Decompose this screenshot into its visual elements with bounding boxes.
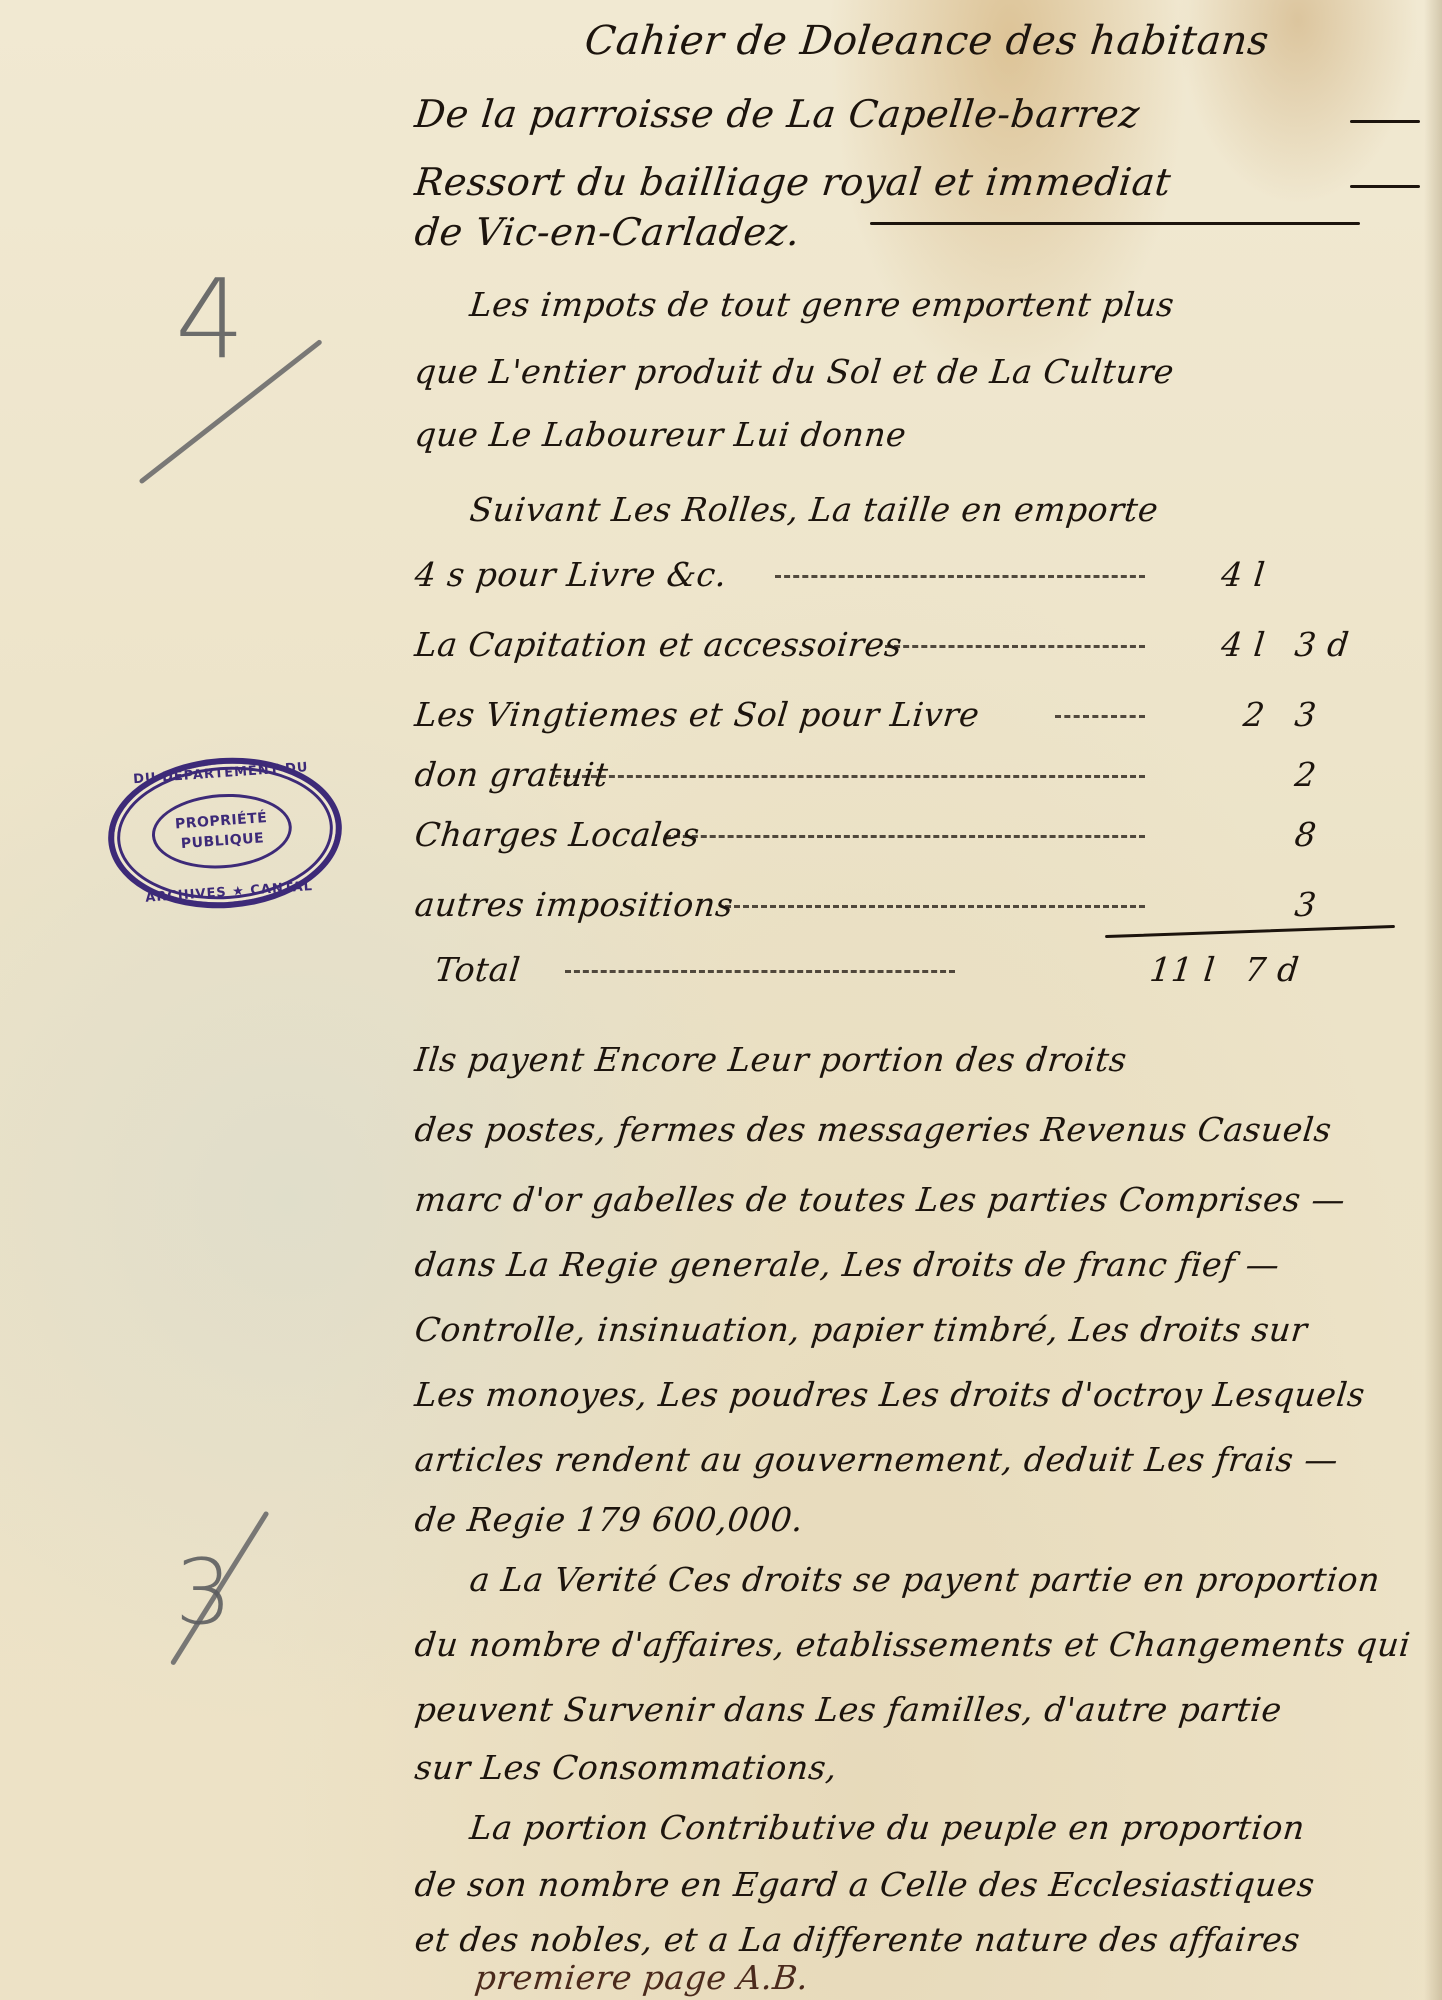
body-p2-line-2: du nombre d'affaires, etablissements et … <box>413 1625 1412 1664</box>
body-p3-line-1: La portion Contributive du peuple en pro… <box>468 1808 1307 1847</box>
margin-number-4: 4 <box>175 255 245 383</box>
body-p2-line-3: peuvent Survenir dans Les familles, d'au… <box>413 1690 1284 1729</box>
tax-row: 4 s pour Livre &c. 4 l <box>415 555 1375 601</box>
tax-label: autres impositions <box>413 885 735 924</box>
tax-livres: 4 l <box>1203 555 1267 594</box>
header-rule-1 <box>1350 120 1420 123</box>
body-p2-line-4: sur Les Consommations, <box>413 1748 839 1787</box>
tax-total-row: Total 11 l 7 d <box>415 950 1375 996</box>
tax-row: La Capitation et accessoires 4 l 3 d <box>415 625 1375 671</box>
total-label: Total <box>433 950 522 989</box>
tax-livres: 4 l <box>1203 625 1267 664</box>
tax-deniers: 2 <box>1293 755 1357 794</box>
body-p1-line-3: marc d'or gabelles de toutes Les parties… <box>413 1180 1347 1219</box>
archives-stamp: DU DÉPARTEMENT DU PROPRIÉTÉ PUBLIQUE ARC… <box>103 750 347 916</box>
body-p1-line-8: de Regie 179 600,000. <box>413 1500 805 1539</box>
tax-row: don gratuit 2 <box>415 755 1375 801</box>
leader-dots <box>1055 715 1145 718</box>
tax-label: La Capitation et accessoires <box>413 625 904 664</box>
body-p2-line-1: a La Verité Ces droits se payent partie … <box>468 1560 1382 1599</box>
intro-line-1: Les impots de tout genre emportent plus <box>468 285 1176 324</box>
body-p1-line-1: Ils payent Encore Leur portion des droit… <box>413 1040 1129 1079</box>
intro-line-2: que L'entier produit du Sol et de La Cul… <box>413 352 1176 391</box>
header-line-1: Cahier de Doleance des habitans <box>583 18 1272 64</box>
tax-deniers: 3 d <box>1293 625 1357 664</box>
tax-label: 4 s pour Livre &c. <box>413 555 729 594</box>
total-deniers: 7 d <box>1243 950 1347 989</box>
page-edge-shadow <box>1424 0 1442 2000</box>
header-line-2: De la parroisse de La Capelle-barrez <box>413 92 1142 136</box>
leader-dots <box>725 905 1145 908</box>
manuscript-page: Cahier de Doleance des habitans De la pa… <box>0 0 1442 2000</box>
page-footer-note: premiere page A.B. <box>473 1958 811 1997</box>
tax-deniers: 3 <box>1293 695 1357 734</box>
tax-row: Les Vingtiemes et Sol pour Livre 2 3 <box>415 695 1375 741</box>
header-rule-2 <box>1350 185 1420 188</box>
leader-dots <box>775 575 1145 578</box>
stamp-inner-oval: PROPRIÉTÉ PUBLIQUE <box>149 789 294 873</box>
leader-dots <box>665 835 1145 838</box>
tax-label: Les Vingtiemes et Sol pour Livre <box>413 695 981 734</box>
intro-line-3: que Le Laboureur Lui donne <box>413 415 908 454</box>
stamp-ring-top-text: DU DÉPARTEMENT DU <box>110 758 333 788</box>
body-p1-line-5: Controlle, insinuation, papier timbré, L… <box>413 1310 1310 1349</box>
body-p1-line-7: articles rendent au gouvernement, deduit… <box>413 1440 1340 1479</box>
leader-dots <box>555 775 1145 778</box>
tax-deniers: 3 <box>1293 885 1357 924</box>
stamp-center-line-2: PUBLIQUE <box>180 828 264 854</box>
tax-label: Charges Locales <box>413 815 702 854</box>
header-line-4: de Vic-en-Carladez. <box>413 210 802 254</box>
total-livres: 11 l <box>1113 950 1217 989</box>
stamp-ring-bottom-text: ARCHIVES ★ CANTAL <box>118 877 341 907</box>
tax-row: Charges Locales 8 <box>415 815 1375 861</box>
leader-dots <box>885 645 1145 648</box>
header-rule-3 <box>870 222 1360 225</box>
tax-livres: 2 <box>1203 695 1267 734</box>
intro-line-4: Suivant Les Rolles, La taille en emporte <box>468 490 1160 529</box>
header-line-3: Ressort du bailliage royal et immediat <box>413 160 1173 204</box>
body-p3-line-2: de son nombre en Egard a Celle des Eccle… <box>413 1865 1317 1904</box>
leader-dots <box>565 970 955 973</box>
body-p1-line-6: Les monoyes, Les poudres Les droits d'oc… <box>413 1375 1367 1414</box>
body-p1-line-4: dans La Regie generale, Les droits de fr… <box>413 1245 1282 1284</box>
tax-deniers: 8 <box>1293 815 1357 854</box>
margin-number-3: 3 <box>175 1540 232 1645</box>
body-p3-line-3: et des nobles, et a La differente nature… <box>413 1920 1302 1959</box>
body-p1-line-2: des postes, fermes des messageries Reven… <box>413 1110 1334 1149</box>
tax-row: autres impositions 3 <box>415 885 1375 931</box>
